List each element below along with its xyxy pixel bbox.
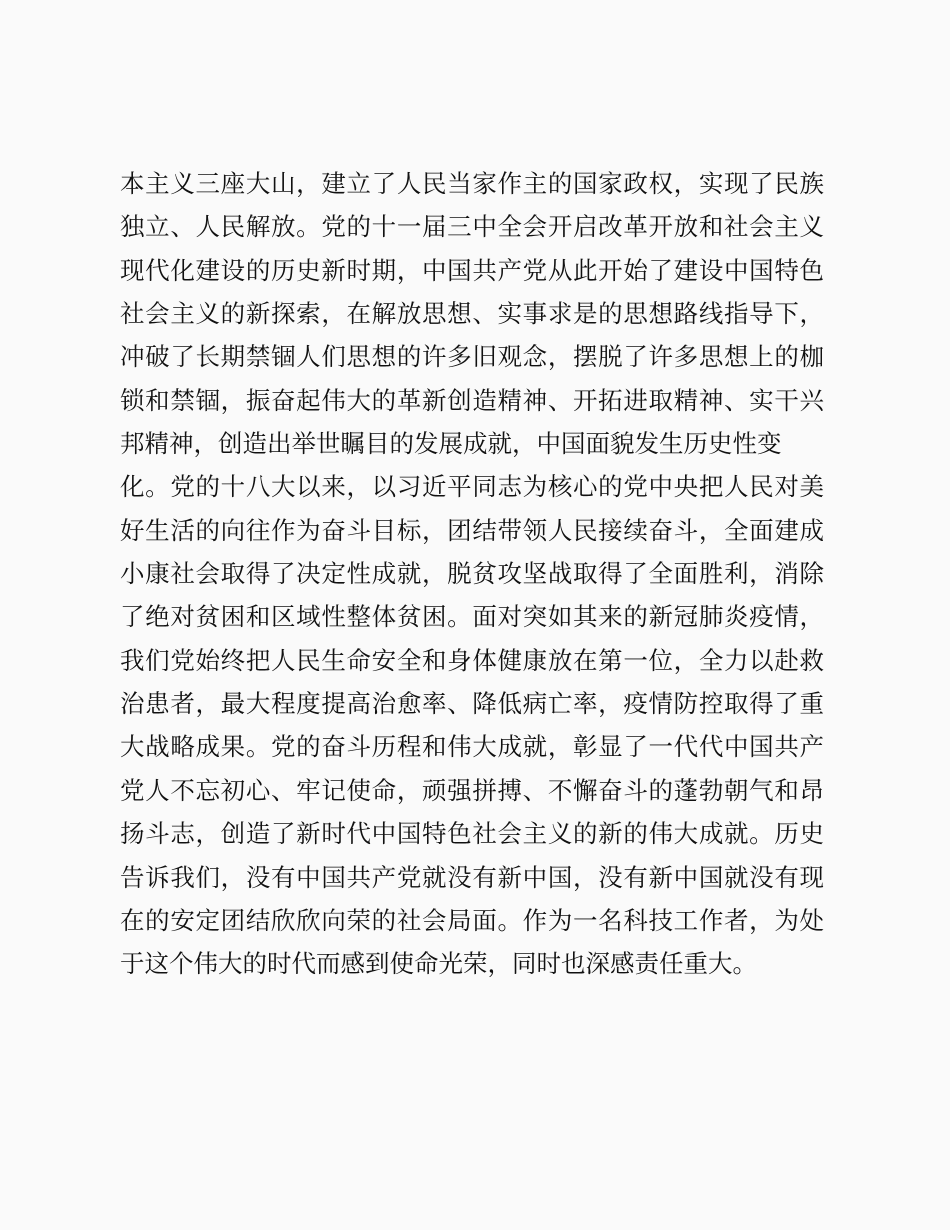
text-line: 了绝对贫困和区域性整体贫困。面对突如其来的新冠肺炎疫情， [120,596,824,639]
text-line: 好生活的向往作为奋斗目标，团结带领人民接续奋斗，全面建成 [120,510,824,553]
text-line: 在的安定团结欣欣向荣的社会局面。作为一名科技工作者，为处 [120,900,824,943]
text-line: 邦精神，创造出举世瞩目的发展成就，中国面貌发生历史性变 [120,423,824,466]
text-line: 冲破了长期禁锢人们思想的许多旧观念，摆脱了许多思想上的枷 [120,336,824,379]
text-line: 现代化建设的历史新时期，中国共产党从此开始了建设中国特色 [120,250,824,293]
text-line: 扬斗志，创造了新时代中国特色社会主义的新的伟大成就。历史 [120,813,824,856]
text-line: 党人不忘初心、牢记使命，顽强拼搏、不懈奋斗的蓬勃朝气和昂 [120,770,824,813]
text-line: 锁和禁锢，振奋起伟大的革新创造精神、开拓进取精神、实干兴 [120,380,824,423]
text-line: 本主义三座大山，建立了人民当家作主的国家政权，实现了民族 [120,163,824,206]
text-line: 小康社会取得了决定性成就，脱贫攻坚战取得了全面胜利，消除 [120,553,824,596]
text-line: 社会主义的新探索，在解放思想、实事求是的思想路线指导下， [120,293,824,336]
document-page: 本主义三座大山，建立了人民当家作主的国家政权，实现了民族独立、人民解放。党的十一… [0,0,950,1230]
text-line: 化。党的十八大以来，以习近平同志为核心的党中央把人民对美 [120,466,824,509]
text-line: 我们党始终把人民生命安全和身体健康放在第一位，全力以赴救 [120,640,824,683]
text-line: 治患者，最大程度提高治愈率、降低病亡率，疫情防控取得了重 [120,683,824,726]
text-line: 于这个伟大的时代而感到使命光荣，同时也深感责任重大。 [120,943,824,986]
text-line: 告诉我们，没有中国共产党就没有新中国，没有新中国就没有现 [120,857,824,900]
text-line: 独立、人民解放。党的十一届三中全会开启改革开放和社会主义 [120,206,824,249]
paragraph: 本主义三座大山，建立了人民当家作主的国家政权，实现了民族独立、人民解放。党的十一… [120,163,824,987]
text-line: 大战略成果。党的奋斗历程和伟大成就，彰显了一代代中国共产 [120,726,824,769]
